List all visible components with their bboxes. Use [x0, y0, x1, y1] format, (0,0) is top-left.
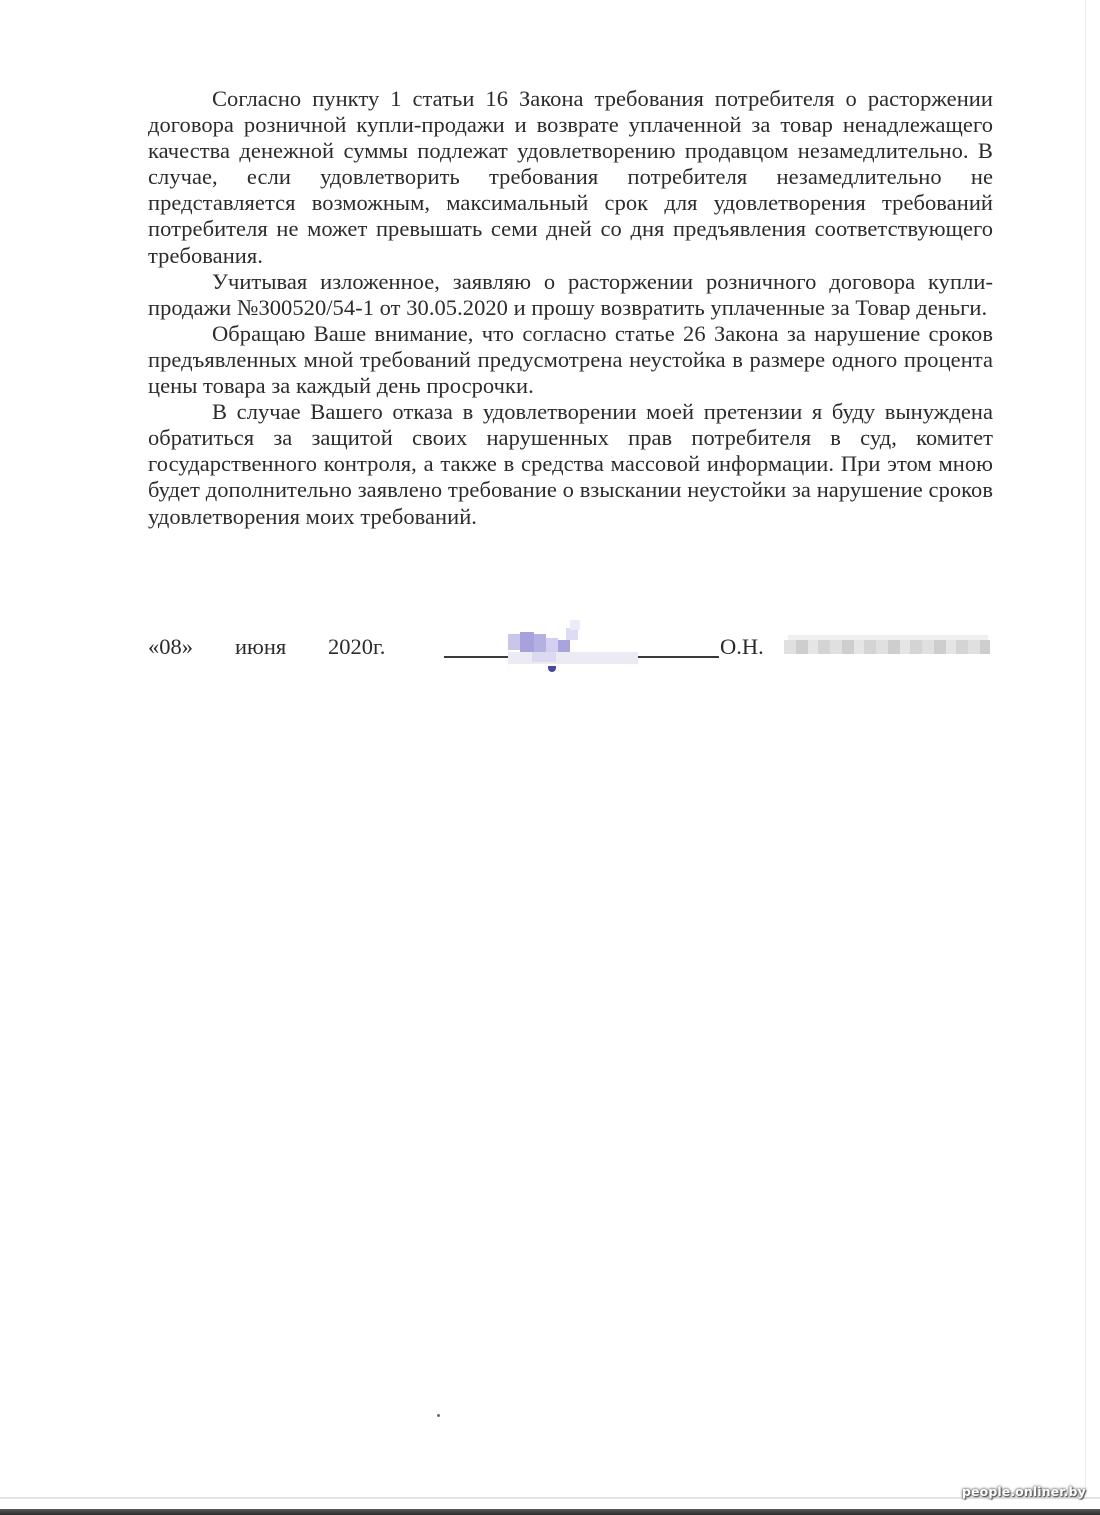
- signer-initials: О.Н.: [720, 634, 764, 660]
- paragraph-penalty-notice: Обращаю Ваше внимание, что согласно стат…: [148, 321, 993, 399]
- date-day: «08»: [148, 634, 193, 660]
- paragraph-refusal-consequences: В случае Вашего отказа в удовлетворении …: [148, 399, 993, 529]
- watermark: people.onliner.by: [962, 1484, 1086, 1499]
- letter-body: Согласно пункту 1 статьи 16 Закона требо…: [148, 86, 993, 530]
- scan-edge-bottom-dark: [0, 1509, 1100, 1515]
- scanned-page: Согласно пункту 1 статьи 16 Закона требо…: [0, 0, 1100, 1515]
- scan-speck: [437, 1414, 440, 1417]
- paragraph-refund-deadline: Согласно пункту 1 статьи 16 Закона требо…: [148, 86, 993, 269]
- date-year: 2020г.: [328, 634, 385, 660]
- date-month: июня: [235, 634, 286, 660]
- redacted-signature: [508, 620, 638, 672]
- paragraph-contract-termination: Учитывая изложенное, заявляю о расторжен…: [148, 269, 993, 321]
- scan-edge-bottom-light: [0, 1497, 1100, 1499]
- redacted-surname: [784, 640, 990, 654]
- scan-edge-right: [1085, 0, 1086, 1490]
- signature-row: «08» июня 2020г. О.Н.: [148, 634, 998, 664]
